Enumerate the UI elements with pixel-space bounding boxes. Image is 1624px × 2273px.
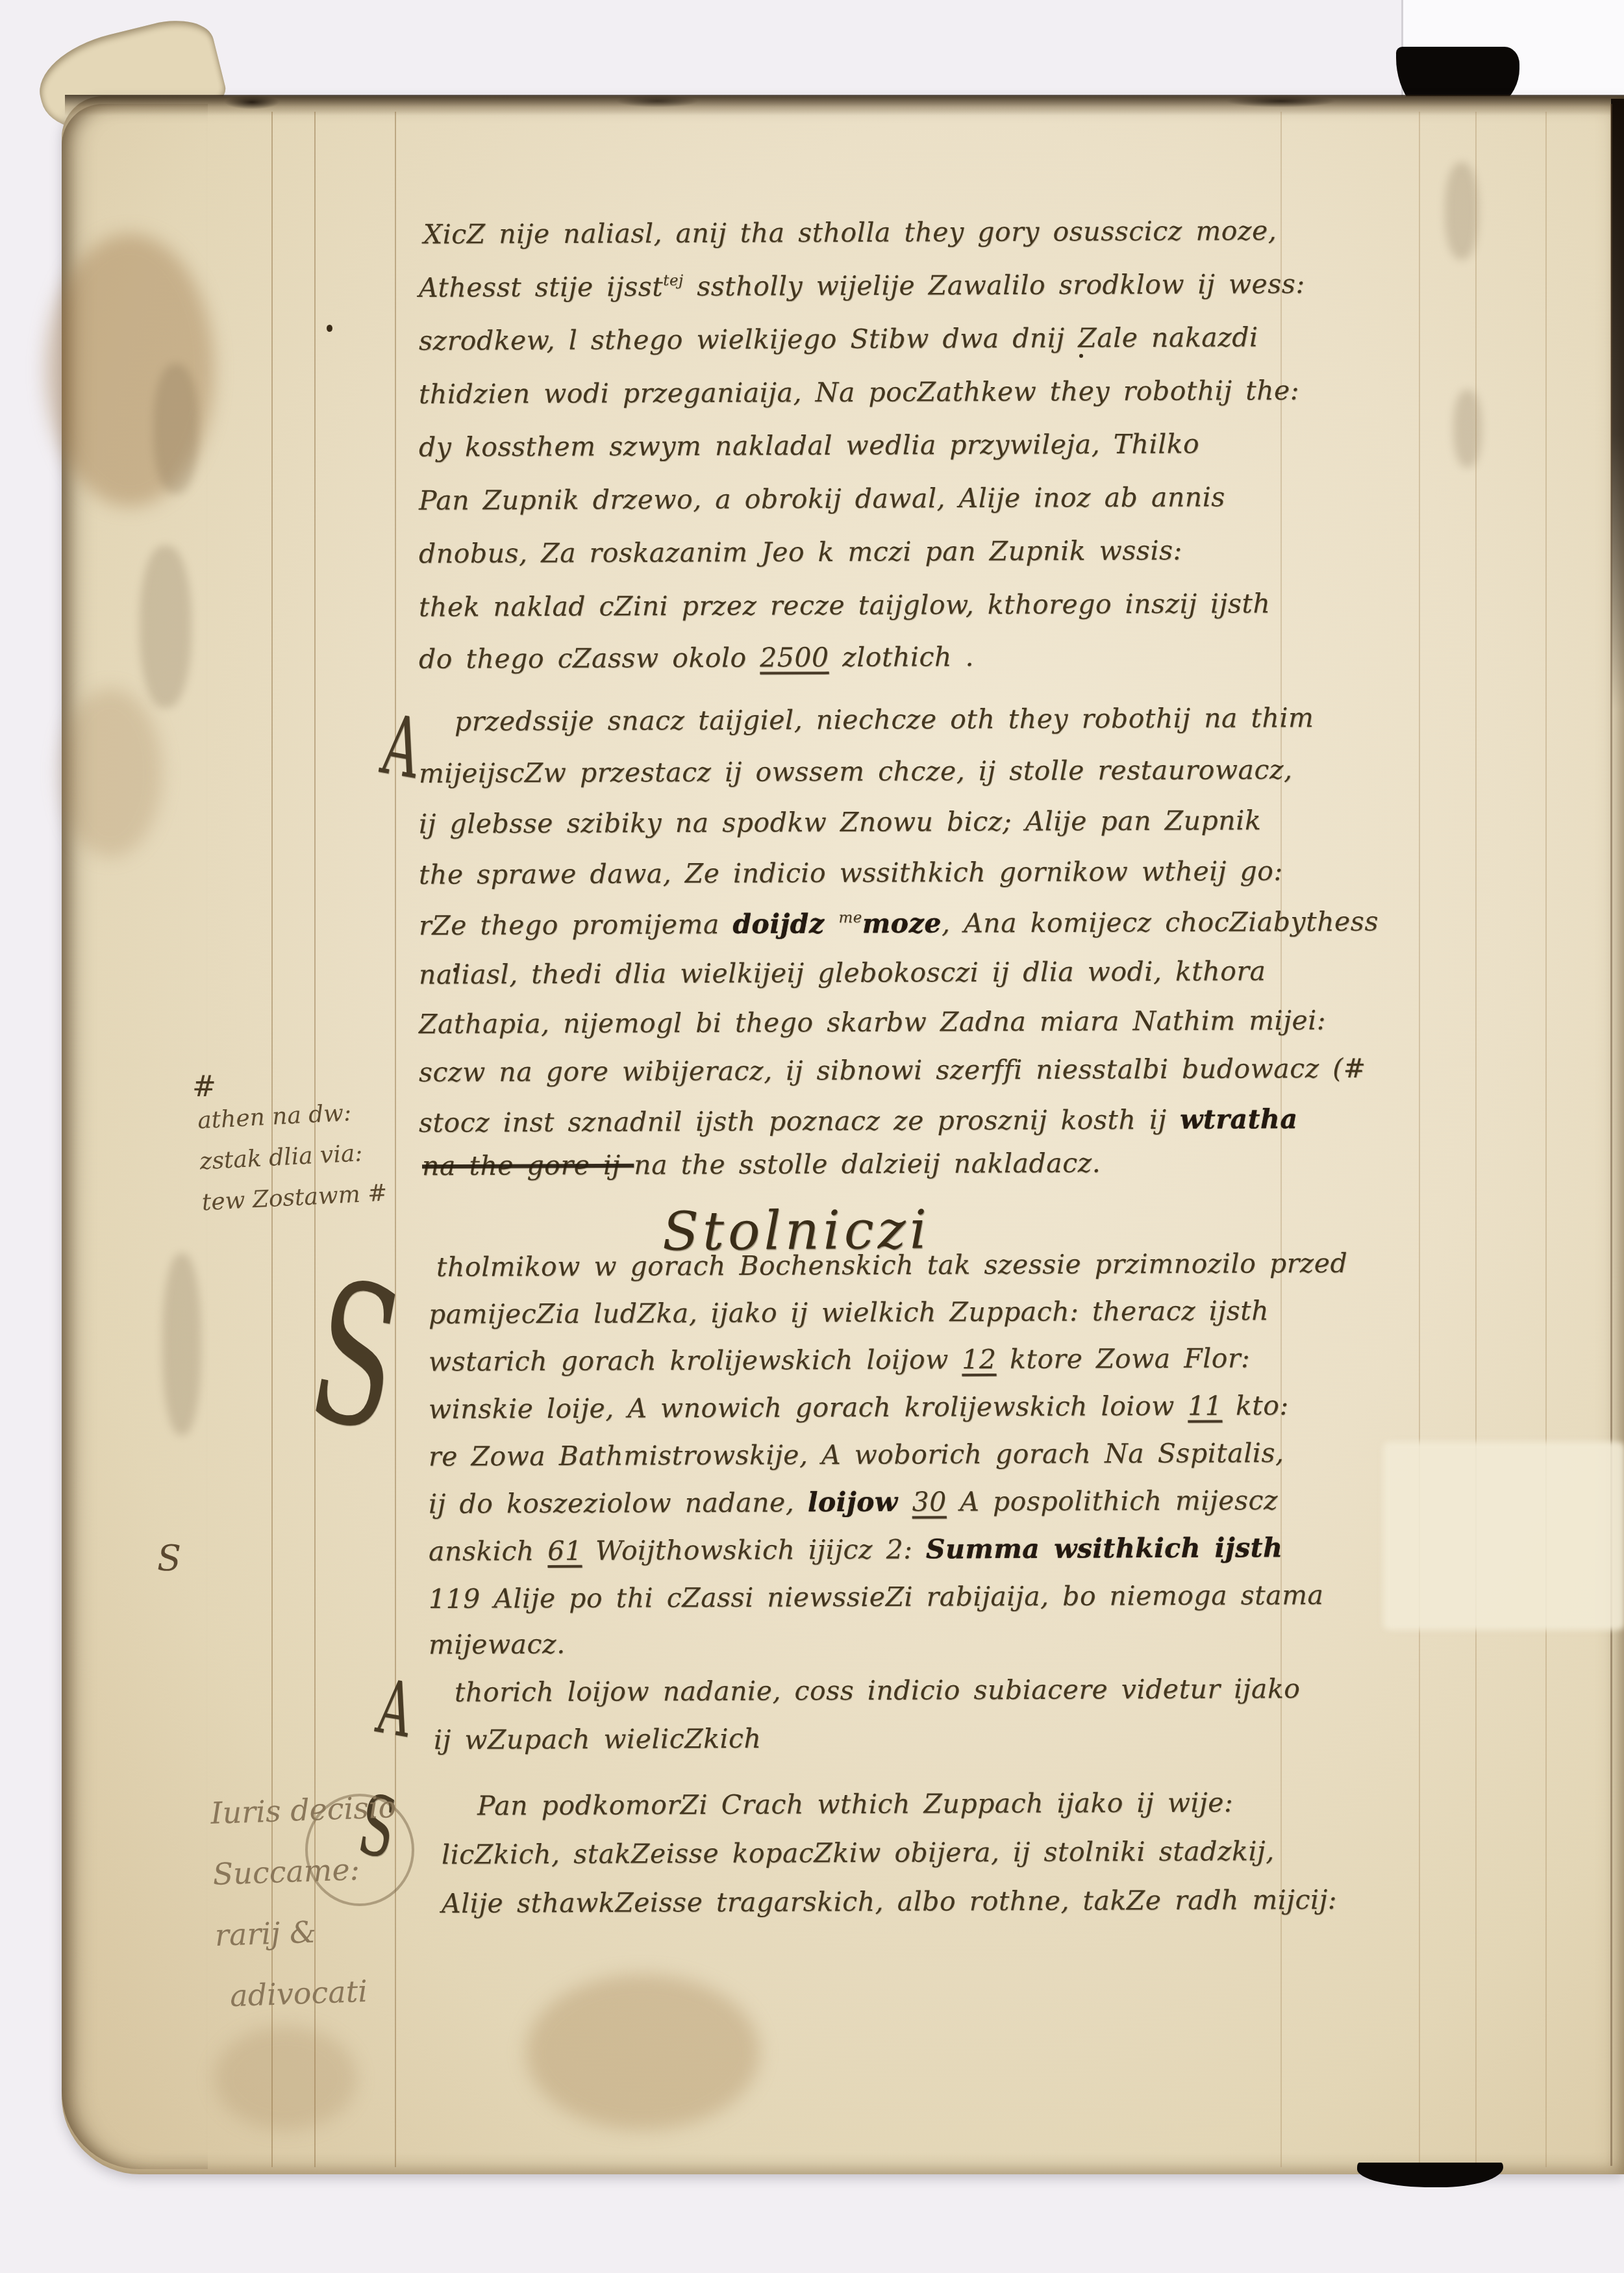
text-segment: , Ana komijecz chocZiabythess bbox=[942, 906, 1379, 939]
text-line-paragraph-1: do thego cZassw okolo 2500 zlothich . bbox=[419, 644, 974, 673]
text-segment: 61 bbox=[547, 1535, 582, 1566]
text-line-paragraph-1: thidzien wodi przeganiaija, Na pocZathke… bbox=[419, 377, 1299, 408]
margin-note: athen na dw: zstak dlia via: tew Zostawm… bbox=[197, 1098, 388, 1231]
text-segment: pamijecZia ludZka, ijako ij wielkich Zup… bbox=[429, 1295, 1269, 1330]
text-segment: licZkich, stakZeisse kopacZkiw obijera, … bbox=[442, 1835, 1275, 1870]
text-segment: XicZ nije naliasl, anij tha stholla they… bbox=[423, 215, 1277, 250]
initial-letter: S bbox=[309, 1237, 403, 1477]
text-line-paragraph-2: ij glebsse szibiky na spodkw Znowu bicz;… bbox=[419, 807, 1261, 838]
text-segment: Woijthowskich ijijcz 2: bbox=[582, 1534, 926, 1566]
text-segment: ij glebsse szibiky na spodkw Znowu bicz;… bbox=[419, 805, 1261, 840]
text-line-paragraph-1: XicZ nije naliasl, anij tha stholla they… bbox=[423, 218, 1277, 248]
text-segment: the sprawe dawa, Ze indicio wssithkich g… bbox=[419, 855, 1283, 890]
ink-bleedthrough bbox=[140, 546, 192, 708]
text-segment: ktore Zowa Flor: bbox=[996, 1342, 1250, 1375]
text-segment: sczw na gore wibijeracz, ij sibnowi szer… bbox=[419, 1053, 1366, 1088]
text-segment: rZe thego promijema bbox=[419, 909, 733, 941]
text-segment: 2500 bbox=[760, 642, 829, 673]
text-segment: przedssije snacz taijgiel, niechcze oth … bbox=[455, 702, 1314, 737]
juris-note-line: adivocati bbox=[229, 1972, 403, 2013]
text-segment: mijewacz. bbox=[429, 1629, 566, 1661]
text-segment: doijdz bbox=[732, 908, 838, 940]
text-segment: me bbox=[838, 909, 862, 926]
text-line-paragraph-2: sczw na gore wibijeracz, ij sibnowi szer… bbox=[419, 1055, 1366, 1086]
text-line-paragraph-3: re Zowa Bathmistrowskije, A woborich gor… bbox=[429, 1440, 1284, 1470]
text-line-paragraph-2: Zathapia, nijemogl bi thego skarbw Zadna… bbox=[419, 1007, 1326, 1038]
text-segment: stocz inst sznadnil ijsth poznacz ze pro… bbox=[419, 1104, 1180, 1138]
text-segment: ij wZupach wielicZkich bbox=[434, 1723, 762, 1755]
text-segment: moze bbox=[862, 908, 942, 940]
text-segment: do thego cZassw okolo bbox=[419, 642, 760, 675]
text-segment: zlothich . bbox=[829, 641, 974, 673]
text-line-paragraph-2: stocz inst sznadnil ijsth poznacz ze pro… bbox=[419, 1106, 1298, 1136]
text-segment: kto: bbox=[1222, 1390, 1289, 1421]
text-segment: 11 bbox=[1188, 1390, 1222, 1422]
ink-bleedthrough bbox=[1453, 390, 1482, 468]
text-line-paragraph-4: ij wZupach wielicZkich bbox=[434, 1726, 762, 1753]
page-right-dark-edge bbox=[1611, 99, 1624, 709]
text-segment: 30 bbox=[912, 1486, 947, 1517]
text-line-paragraph-5: licZkich, stakZeisse kopacZkiw obijera, … bbox=[442, 1838, 1275, 1868]
text-line-paragraph-1: Pan Zupnik drzewo, a obrokij dawal, Alij… bbox=[419, 484, 1225, 514]
text-line-paragraph-5: Alije sthawkZeisse tragarskich, albo rot… bbox=[442, 1887, 1337, 1917]
text-segment: mijeijscZw przestacz ij owssem chcze, ij… bbox=[419, 754, 1293, 789]
text-line-paragraph-3: mijewacz. bbox=[429, 1631, 566, 1659]
text-segment: 12 bbox=[962, 1344, 996, 1375]
ink-bleedthrough bbox=[1445, 162, 1479, 260]
margin-note-line: tew Zostawm # bbox=[201, 1179, 388, 1216]
text-line-paragraph-3: ij do koszeziolow nadane, loijow 30 A po… bbox=[429, 1487, 1278, 1518]
scanner-background: XicZ nije naliasl, anij tha stholla they… bbox=[0, 0, 1624, 2273]
text-line-paragraph-3: pamijecZia ludZka, ijako ij wielkich Zup… bbox=[429, 1298, 1269, 1328]
text-segment: Athesst stije ijsst bbox=[419, 271, 663, 303]
damp-stain bbox=[58, 688, 162, 857]
ruled-line bbox=[1280, 112, 1282, 2167]
hash-mark: # bbox=[192, 1070, 216, 1103]
ink-speck bbox=[327, 325, 332, 332]
juris-margin-note: Iuris decisio Succame: rarij & adivocati bbox=[210, 1789, 405, 2040]
text-segment: Alije sthawkZeisse tragarskich, albo rot… bbox=[442, 1884, 1337, 1919]
ink-speck bbox=[1079, 354, 1083, 358]
text-line-paragraph-4: thorich loijow nadanie, coss indicio sub… bbox=[455, 1676, 1301, 1706]
text-segment: dy kossthem szwym nakladal wedlia przywi… bbox=[419, 428, 1199, 462]
text-line-paragraph-1: szrodkew, l sthego wielkijego Stibw dwa … bbox=[419, 324, 1258, 355]
text-line-paragraph-2: rZe thego promijema doijdz memoze, Ana k… bbox=[419, 909, 1379, 939]
text-segment: dnobus, Za roskazanim Jeo k mczi pan Zup… bbox=[419, 534, 1182, 569]
text-segment: thek naklad cZini przez recze taijglow, … bbox=[419, 588, 1271, 623]
text-line-paragraph-2: naliasl, thedi dlia wielkijeij glebokosc… bbox=[419, 958, 1266, 988]
text-line-paragraph-2: przedssije snacz taijgiel, niechcze oth … bbox=[455, 705, 1314, 735]
text-segment: 119 Alije po thi cZassi niewssieZi rabij… bbox=[429, 1579, 1324, 1614]
text-line-paragraph-2: the sprawe dawa, Ze indicio wssithkich g… bbox=[419, 858, 1283, 888]
margin-note-line: zstak dlia via: bbox=[199, 1139, 386, 1175]
text-line-paragraph-1: dnobus, Za roskazanim Jeo k mczi pan Zup… bbox=[419, 537, 1182, 567]
initial-letter: A bbox=[381, 696, 423, 799]
text-line-paragraph-5: Pan podkomorZi Crach wthich Zuppach ijak… bbox=[477, 1789, 1234, 1819]
ink-bleedthrough bbox=[162, 1253, 201, 1435]
section-heading: Stolniczi bbox=[662, 1199, 931, 1263]
initial-letter: A bbox=[377, 1663, 414, 1755]
ruled-line bbox=[1545, 112, 1547, 2167]
page-fold-line bbox=[1610, 104, 1612, 2166]
text-segment: winskie loije, A wnowich gorach krolijew… bbox=[429, 1390, 1188, 1425]
text-segment: Pan podkomorZi Crach wthich Zuppach ijak… bbox=[477, 1787, 1234, 1821]
text-segment: wstarich gorach krolijewskich loijow bbox=[429, 1344, 962, 1377]
text-line-paragraph-3: anskich 61 Woijthowskich ijijcz 2: Summa… bbox=[429, 1535, 1283, 1565]
page-top-edge bbox=[65, 95, 1624, 116]
ruled-line bbox=[1419, 112, 1420, 2167]
text-line-paragraph-3: winskie loije, A wnowich gorach krolijew… bbox=[429, 1392, 1289, 1423]
text-segment: A pospolithich mijescz bbox=[947, 1485, 1278, 1517]
text-line-paragraph-2: mijeijscZw przestacz ij owssem chcze, ij… bbox=[419, 757, 1293, 787]
damp-stain bbox=[526, 1974, 760, 2130]
text-line-paragraph-1: thek naklad cZini przez recze taijglow, … bbox=[419, 590, 1270, 621]
text-line-paragraph-3: wstarich gorach krolijewskich loijow 12 … bbox=[429, 1345, 1250, 1375]
text-line-paragraph-3: 119 Alije po thi cZassi niewssieZi rabij… bbox=[429, 1582, 1324, 1613]
juris-note-line: Succame: bbox=[212, 1850, 399, 1892]
text-line-paragraph-1: Athesst stije ijssttej sstholly wijelije… bbox=[419, 271, 1305, 301]
text-segment: loijow bbox=[808, 1487, 912, 1518]
text-segment: Pan Zupnik drzewo, a obrokij dawal, Alij… bbox=[419, 481, 1225, 516]
text-segment: naliasl, thedi dlia wielkijeij glebokosc… bbox=[419, 955, 1266, 990]
ink-bleedthrough bbox=[153, 364, 199, 494]
juris-note-line: rarij & bbox=[214, 1911, 401, 1953]
text-segment: wtratha bbox=[1180, 1103, 1297, 1135]
text-segment: szrodkew, l sthego wielkijego Stibw dwa … bbox=[419, 321, 1258, 357]
margin-letter-s: S bbox=[157, 1538, 181, 1579]
juris-note-line: Iuris decisio bbox=[210, 1789, 397, 1831]
text-segment: ij do koszeziolow nadane, bbox=[429, 1487, 808, 1520]
text-segment: thorich loijow nadanie, coss indicio sub… bbox=[455, 1673, 1301, 1708]
text-segment: anskich bbox=[429, 1535, 547, 1567]
text-line-paragraph-2: na the gore ij na the sstolle dalzieij n… bbox=[422, 1150, 1101, 1180]
text-segment: sstholly wijelije Zawalilo srodklow ij w… bbox=[684, 268, 1305, 302]
text-segment: na the gore ij bbox=[422, 1149, 634, 1181]
text-segment: re Zowa Bathmistrowskije, A woborich gor… bbox=[429, 1437, 1284, 1472]
text-segment: na the sstolle dalzieij nakladacz. bbox=[634, 1148, 1101, 1181]
text-segment: thidzien wodi przeganiaija, Na pocZathke… bbox=[419, 375, 1299, 410]
binding-tab-bottom-icon bbox=[1357, 2163, 1503, 2187]
paper-repair-patch bbox=[1383, 1442, 1624, 1630]
damp-stain bbox=[214, 2026, 357, 2130]
text-segment: Summa wsithkich ijsth bbox=[926, 1532, 1283, 1564]
text-segment: Zathapia, nijemogl bi thego skarbw Zadna… bbox=[419, 1005, 1326, 1040]
text-segment: tej bbox=[663, 272, 684, 289]
text-line-paragraph-1: dy kossthem szwym nakladal wedlia przywi… bbox=[419, 431, 1199, 460]
